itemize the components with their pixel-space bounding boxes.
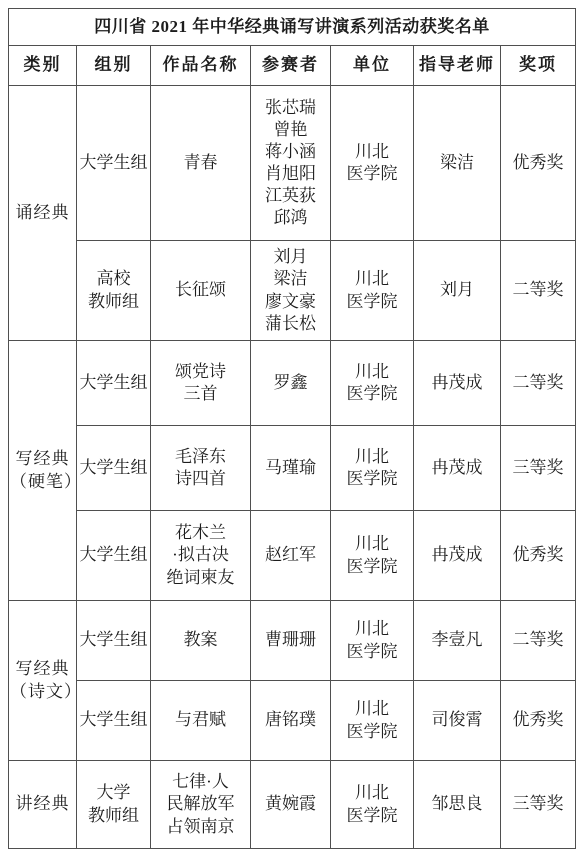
advisor-cell: 李壹凡 [414, 601, 501, 681]
col-header-unit: 单位 [331, 46, 414, 86]
work-cell: 颂党诗 三首 [151, 341, 251, 426]
table-row: 大学生组 毛泽东 诗四首 马瑾瑜 川北 医学院 冉茂成 三等奖 [9, 426, 576, 511]
advisor-cell: 刘月 [414, 241, 501, 341]
table-row: 讲经典 大学 教师组 七律·人 民解放军 占领南京 黄婉霞 川北 医学院 邹思良… [9, 761, 576, 849]
work-cell: 七律·人 民解放军 占领南京 [151, 761, 251, 849]
table-row: 诵经典 大学生组 青春 张芯瑞 曾艳 蒋小涵 肖旭阳 江英荻 邱鸿 川北 医学院… [9, 86, 576, 241]
advisor-cell: 司俊霄 [414, 681, 501, 761]
award-table: 四川省 2021 年中华经典诵写讲演系列活动获奖名单 类别 组别 作品名称 参赛… [8, 8, 576, 849]
group-cell: 大学生组 [77, 86, 151, 241]
header-row: 类别 组别 作品名称 参赛者 单位 指导老师 奖项 [9, 46, 576, 86]
participants-cell: 马瑾瑜 [251, 426, 331, 511]
table-row: 大学生组 与君赋 唐铭璞 川北 医学院 司俊霄 优秀奖 [9, 681, 576, 761]
advisor-cell: 冉茂成 [414, 426, 501, 511]
work-cell: 青春 [151, 86, 251, 241]
award-cell: 优秀奖 [501, 511, 576, 601]
category-cell-speak: 讲经典 [9, 761, 77, 849]
document-page: 四川省 2021 年中华经典诵写讲演系列活动获奖名单 类别 组别 作品名称 参赛… [0, 0, 581, 849]
category-cell-recite: 诵经典 [9, 86, 77, 341]
participants-cell: 赵红军 [251, 511, 331, 601]
advisor-cell: 邹思良 [414, 761, 501, 849]
page-title: 四川省 2021 年中华经典诵写讲演系列活动获奖名单 [9, 9, 576, 46]
award-cell: 优秀奖 [501, 681, 576, 761]
unit-cell: 川北 医学院 [331, 601, 414, 681]
group-cell: 高校 教师组 [77, 241, 151, 341]
work-cell: 长征颂 [151, 241, 251, 341]
award-cell: 二等奖 [501, 241, 576, 341]
unit-cell: 川北 医学院 [331, 511, 414, 601]
advisor-cell: 冉茂成 [414, 511, 501, 601]
category-cell-write-poem: 写经典 （诗文） [9, 601, 77, 761]
unit-cell: 川北 医学院 [331, 241, 414, 341]
participants-cell: 黄婉霞 [251, 761, 331, 849]
col-header-participants: 参赛者 [251, 46, 331, 86]
group-cell: 大学生组 [77, 601, 151, 681]
unit-cell: 川北 医学院 [331, 426, 414, 511]
group-cell: 大学生组 [77, 426, 151, 511]
award-cell: 三等奖 [501, 426, 576, 511]
table-row: 大学生组 花木兰 ·拟古决 绝词柬友 赵红军 川北 医学院 冉茂成 优秀奖 [9, 511, 576, 601]
award-cell: 优秀奖 [501, 86, 576, 241]
award-cell: 二等奖 [501, 341, 576, 426]
unit-cell: 川北 医学院 [331, 681, 414, 761]
table-row: 写经典 （硬笔） 大学生组 颂党诗 三首 罗鑫 川北 医学院 冉茂成 二等奖 [9, 341, 576, 426]
unit-cell: 川北 医学院 [331, 341, 414, 426]
award-cell: 三等奖 [501, 761, 576, 849]
work-cell: 教案 [151, 601, 251, 681]
award-cell: 二等奖 [501, 601, 576, 681]
table-row: 写经典 （诗文） 大学生组 教案 曹珊珊 川北 医学院 李壹凡 二等奖 [9, 601, 576, 681]
participants-cell: 张芯瑞 曾艳 蒋小涵 肖旭阳 江英荻 邱鸿 [251, 86, 331, 241]
table-row: 高校 教师组 长征颂 刘月 梁洁 廖文豪 蒲长松 川北 医学院 刘月 二等奖 [9, 241, 576, 341]
col-header-work: 作品名称 [151, 46, 251, 86]
unit-cell: 川北 医学院 [331, 86, 414, 241]
group-cell: 大学生组 [77, 511, 151, 601]
group-cell: 大学 教师组 [77, 761, 151, 849]
participants-cell: 刘月 梁洁 廖文豪 蒲长松 [251, 241, 331, 341]
col-header-group: 组别 [77, 46, 151, 86]
category-cell-write-pen: 写经典 （硬笔） [9, 341, 77, 601]
work-cell: 毛泽东 诗四首 [151, 426, 251, 511]
work-cell: 与君赋 [151, 681, 251, 761]
advisor-cell: 梁洁 [414, 86, 501, 241]
col-header-category: 类别 [9, 46, 77, 86]
work-cell: 花木兰 ·拟古决 绝词柬友 [151, 511, 251, 601]
title-row: 四川省 2021 年中华经典诵写讲演系列活动获奖名单 [9, 9, 576, 46]
group-cell: 大学生组 [77, 341, 151, 426]
col-header-award: 奖项 [501, 46, 576, 86]
group-cell: 大学生组 [77, 681, 151, 761]
participants-cell: 罗鑫 [251, 341, 331, 426]
participants-cell: 唐铭璞 [251, 681, 331, 761]
unit-cell: 川北 医学院 [331, 761, 414, 849]
col-header-advisor: 指导老师 [414, 46, 501, 86]
participants-cell: 曹珊珊 [251, 601, 331, 681]
advisor-cell: 冉茂成 [414, 341, 501, 426]
